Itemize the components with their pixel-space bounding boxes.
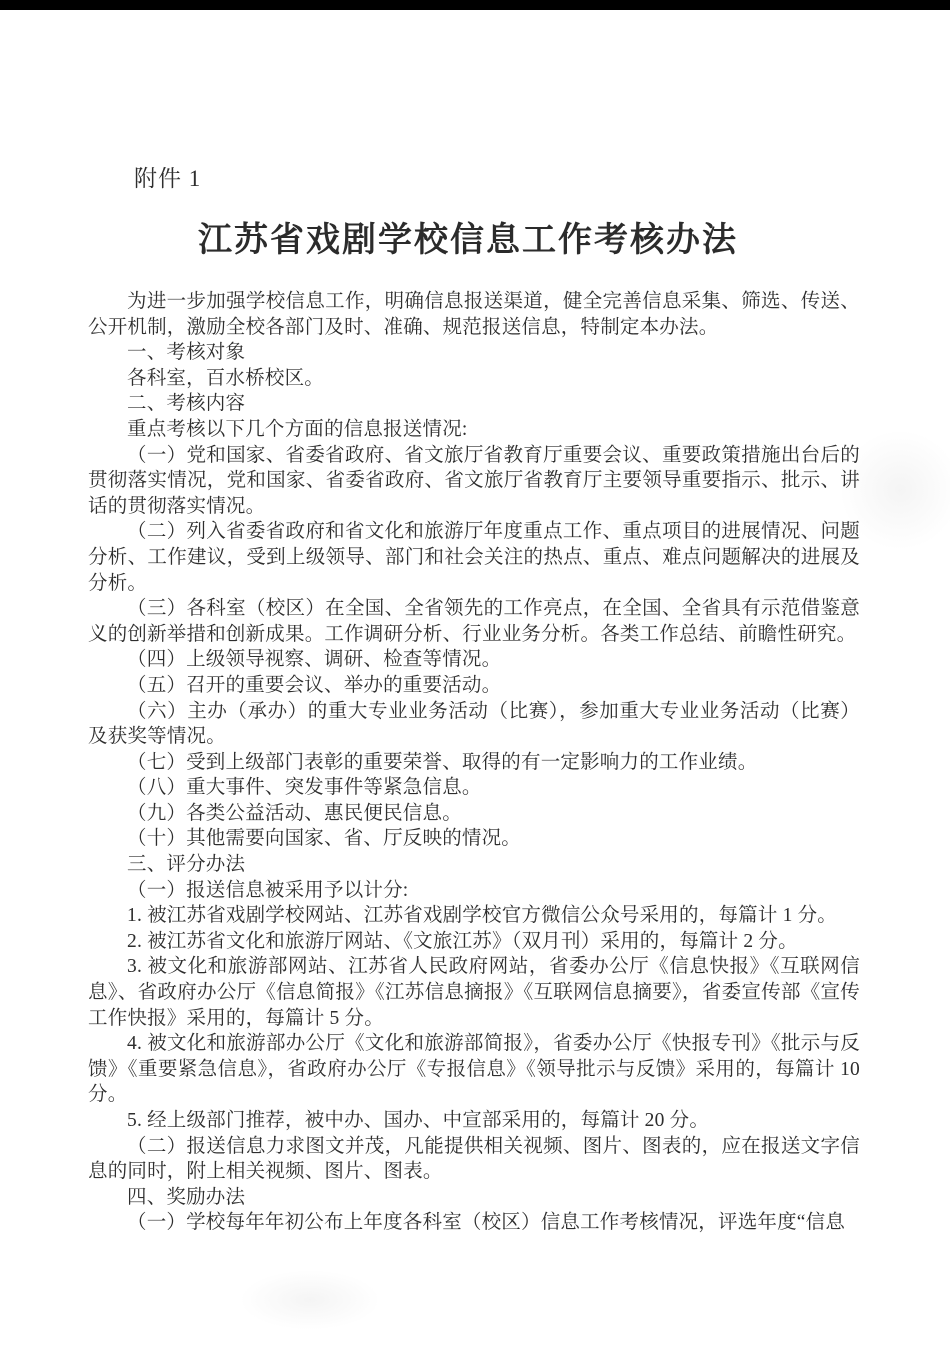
- document-title: 江苏省戏剧学校信息工作考核办法: [68, 212, 868, 261]
- para-scoring-item-2: （二）报送信息力求图文并茂，凡能提供相关视频、图片、图表的，应在报送文字信息的同…: [88, 1134, 860, 1185]
- heading-1-assessment-targets: 一、考核对象: [88, 340, 860, 366]
- para-content-item-7: （七）受到上级部门表彰的重要荣誉、取得的有一定影响力的工作业绩。: [88, 750, 860, 776]
- para-score-rule-1: 1. 被江苏省戏剧学校网站、江苏省戏剧学校官方微信公众号采用的，每篇计 1 分。: [88, 903, 860, 929]
- para-content-item-3: （三）各科室（校区）在全国、全省领先的工作亮点，在全国、全省具有示范借鉴意义的创…: [88, 596, 860, 647]
- para-content-item-6: （六）主办（承办）的重大专业业务活动（比赛），参加重大专业业务活动（比赛）及获奖…: [88, 699, 860, 750]
- para-content-item-9: （九）各类公益活动、惠民便民信息。: [88, 801, 860, 827]
- attachment-label: 附件 1: [134, 160, 201, 193]
- para-content-item-2: （二）列入省委省政府和省文化和旅游厅年度重点工作、重点项目的进展情况、问题分析、…: [88, 519, 860, 596]
- attachment-label-text: 附件 1: [134, 166, 201, 191]
- para-score-rule-3: 3. 被文化和旅游部网站、江苏省人民政府网站，省委办公厅《信息快报》《互联网信息…: [88, 954, 860, 1031]
- para-content-lead: 重点考核以下几个方面的信息报送情况:: [88, 417, 860, 443]
- para-reward-item-1: （一）学校每年年初公布上年度各科室（校区）信息工作考核情况，评选年度“信息: [88, 1210, 860, 1236]
- para-content-item-4: （四）上级领导视察、调研、检查等情况。: [88, 647, 860, 673]
- scan-edge-artifact: [0, 0, 950, 10]
- heading-3-scoring-method: 三、评分办法: [88, 852, 860, 878]
- para-assessment-targets: 各科室，百水桥校区。: [88, 366, 860, 392]
- scan-smudge: [240, 1270, 380, 1330]
- para-content-item-1: （一）党和国家、省委省政府、省文旅厅省教育厅重要会议、重要政策措施出台后的贯彻落…: [88, 443, 860, 520]
- para-content-item-8: （八）重大事件、突发事件等紧急信息。: [88, 775, 860, 801]
- para-score-rule-4: 4. 被文化和旅游部办公厅《文化和旅游部简报》，省委办公厅《快报专刊》《批示与反…: [88, 1031, 860, 1108]
- para-content-item-5: （五）召开的重要会议、举办的重要活动。: [88, 673, 860, 699]
- scanned-document-page: 附件 1 江苏省戏剧学校信息工作考核办法 为进一步加强学校信息工作，明确信息报送…: [0, 0, 950, 1345]
- heading-2-assessment-content: 二、考核内容: [88, 391, 860, 417]
- para-score-rule-2: 2. 被江苏省文化和旅游厅网站、《文旅江苏》（双月刊）采用的，每篇计 2 分。: [88, 929, 860, 955]
- para-intro: 为进一步加强学校信息工作，明确信息报送渠道，健全完善信息采集、筛选、传送、公开机…: [88, 289, 860, 340]
- para-content-item-10: （十）其他需要向国家、省、厅反映的情况。: [88, 826, 860, 852]
- para-scoring-lead: （一）报送信息被采用予以计分:: [88, 878, 860, 904]
- document-body: 为进一步加强学校信息工作，明确信息报送渠道，健全完善信息采集、筛选、传送、公开机…: [88, 289, 860, 1236]
- heading-4-reward-method: 四、奖励办法: [88, 1185, 860, 1211]
- para-score-rule-5: 5. 经上级部门推荐，被中办、国办、中宣部采用的，每篇计 20 分。: [88, 1108, 860, 1134]
